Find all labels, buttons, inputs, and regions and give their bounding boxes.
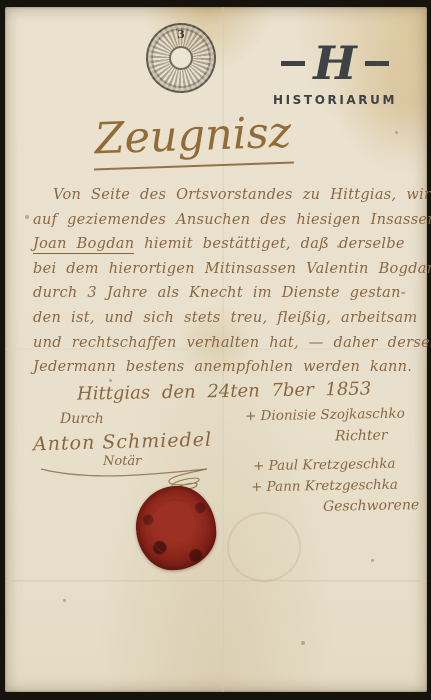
signature-intro: Durch <box>60 411 104 427</box>
foxing-spot <box>301 641 305 645</box>
body-line: Joan Bogdan hiemit bestättiget, daß ders… <box>33 236 423 261</box>
document-paper: 3 H HISTORIARUM Zeugnisz Von Seite des O… <box>5 7 427 692</box>
subject-name: Joan Bogdan <box>33 236 134 254</box>
wax-seal-impression <box>147 497 205 559</box>
document-body: Von Seite des Ortsvorstandes zu Hittgias… <box>33 187 423 384</box>
notary-signature: Anton Schmiedel <box>33 429 213 456</box>
stamp-denomination: 3 <box>148 28 214 41</box>
foxing-spot <box>25 215 29 219</box>
monogram-h-icon: H <box>313 40 356 86</box>
witness-signature: + Paul Kretzgeschka <box>253 456 396 474</box>
seal-ghost-stain <box>227 512 301 582</box>
watermark-monogram-row: H <box>271 37 399 89</box>
revenue-stamp: 3 <box>146 23 216 93</box>
foxing-spot <box>63 599 66 602</box>
historiarum-watermark: H HISTORIARUM <box>271 37 399 107</box>
foxing-spot <box>371 559 374 562</box>
witness-signature: + Pann Kretzgeschka <box>251 477 398 496</box>
stamp-center-hole <box>169 46 193 70</box>
dateline: Hittgias den 24ten 7ber 1853 <box>77 378 372 404</box>
witness-signature: + Dionisie Szojkaschko <box>245 406 405 425</box>
foxing-spot <box>395 131 398 134</box>
logo-dash-right <box>365 61 389 66</box>
body-line: den ist, und sich stets treu, fleißig, a… <box>33 310 423 335</box>
document-title: Zeugnisz <box>92 108 294 171</box>
horizontal-fold-crease-low <box>5 580 427 582</box>
body-line: durch 3 Jahre als Knecht im Dienste gest… <box>33 285 423 310</box>
body-line: Von Seite des Ortsvorstandes zu Hittgias… <box>33 187 423 212</box>
body-line: bei dem hierortigen Mitinsassen Valentin… <box>33 261 423 286</box>
document-scan: 3 H HISTORIARUM Zeugnisz Von Seite des O… <box>0 0 431 700</box>
witness-role: Richter <box>335 428 388 445</box>
body-line: auf geziemendes Ansuchen des hiesigen In… <box>33 212 423 237</box>
watermark-brand-text: HISTORIARUM <box>271 93 399 107</box>
logo-dash-left <box>281 61 305 66</box>
body-line-rest: hiemit bestättiget, daß derselbe <box>144 236 405 252</box>
witness-role: Geschworene <box>323 497 419 515</box>
body-line: und rechtschaffen verhalten hat, — daher… <box>33 335 423 360</box>
